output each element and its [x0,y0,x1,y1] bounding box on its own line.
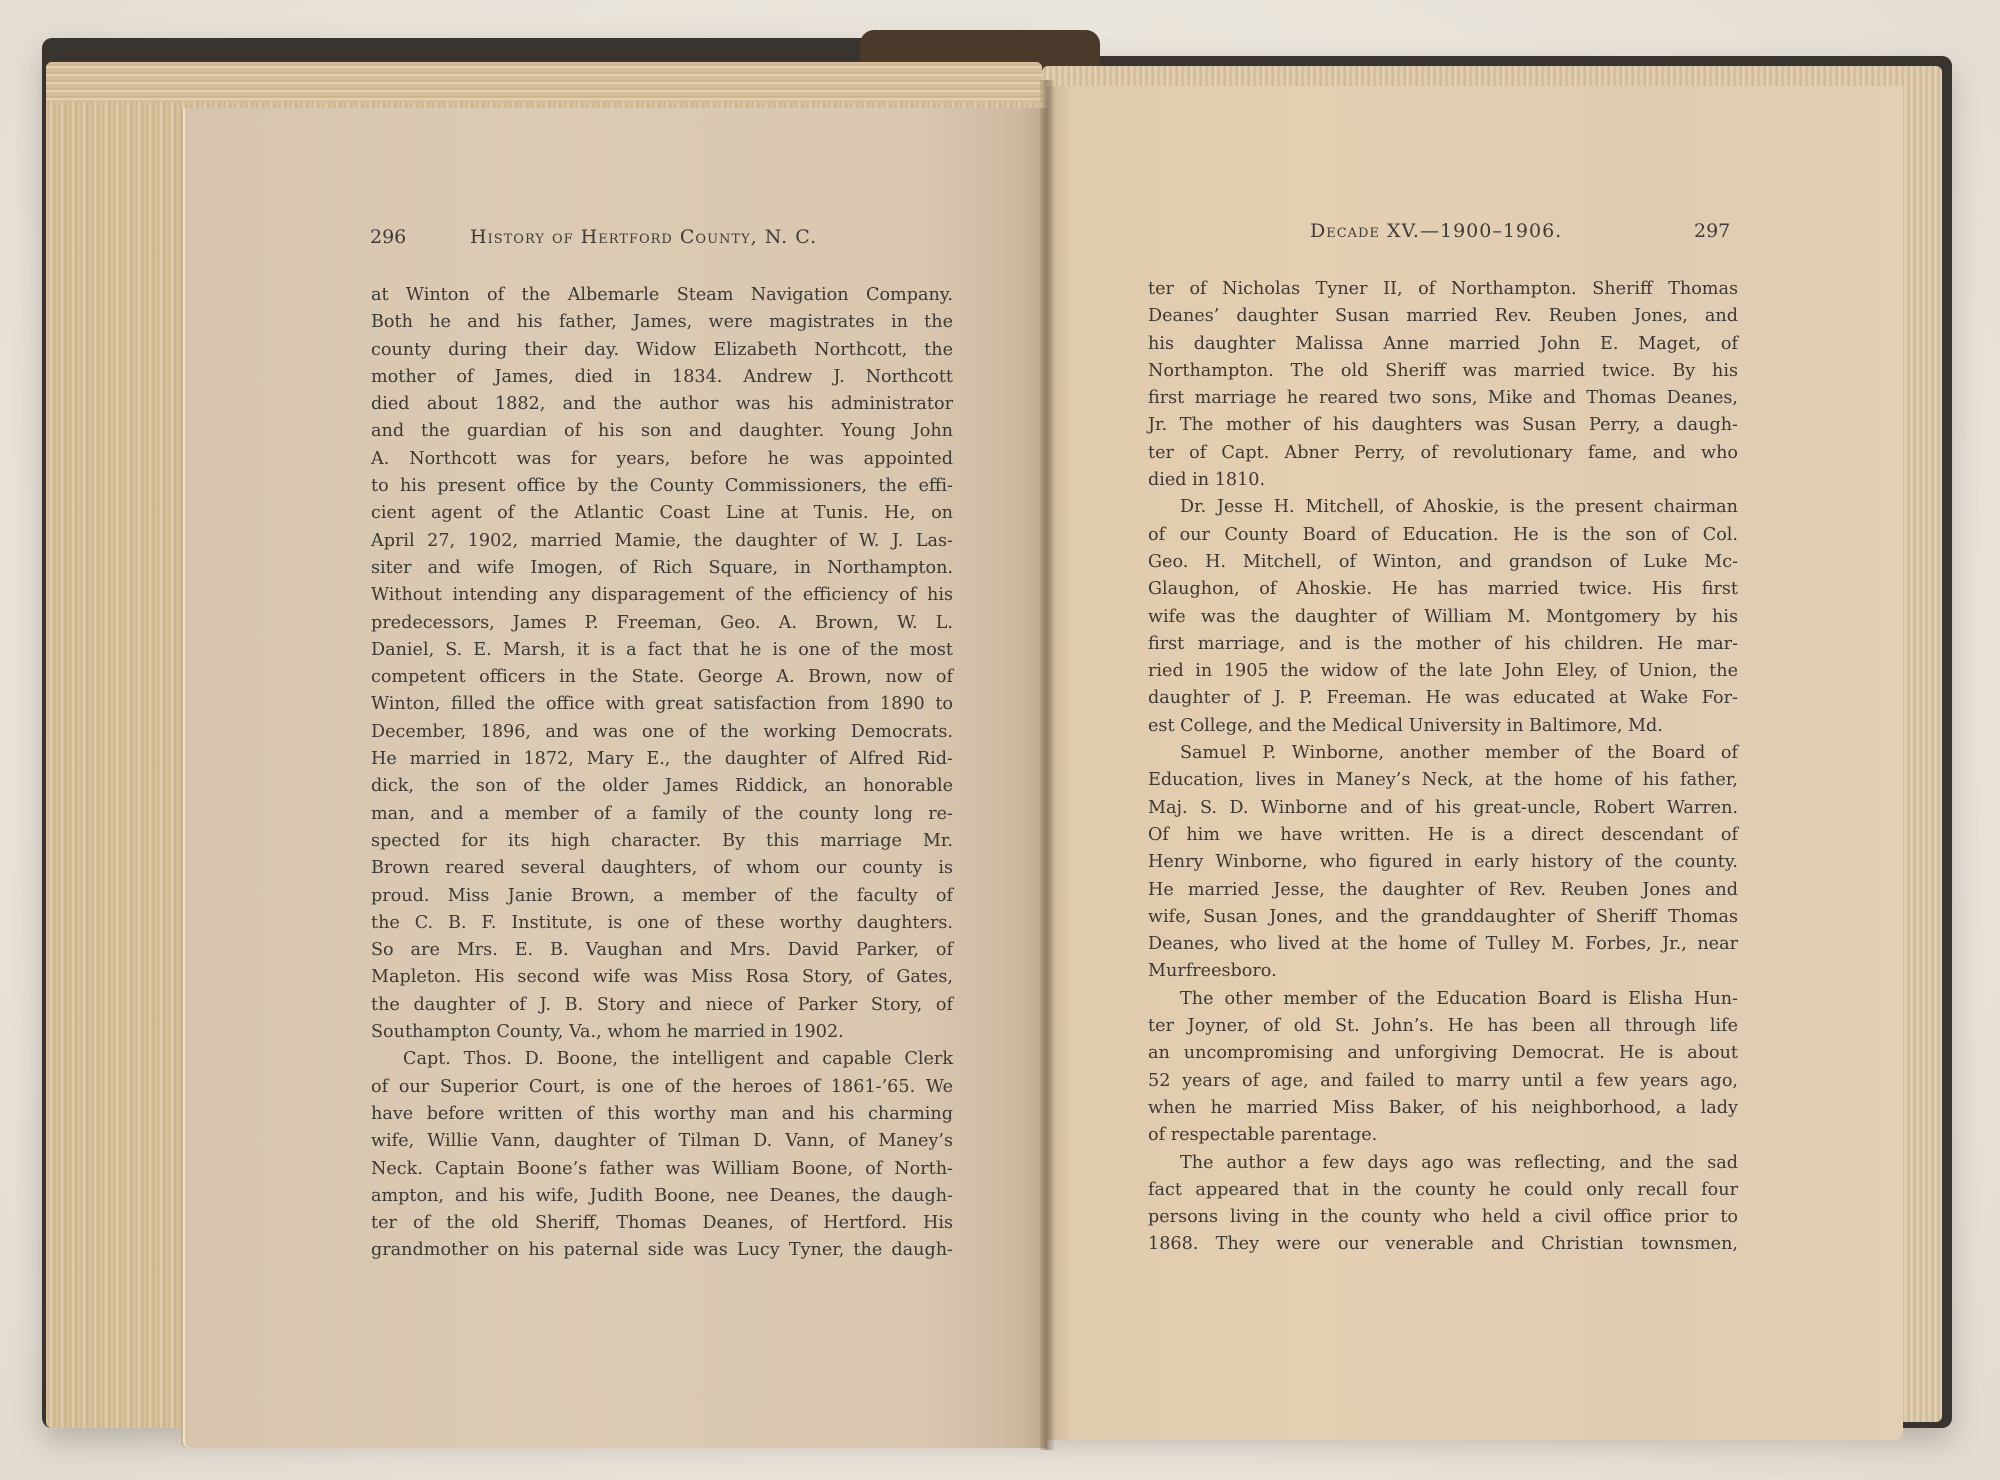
text-line: wife, Susan Jones, and the granddaughter… [1148,904,1738,931]
text-line: The other member of the Education Board … [1148,986,1738,1013]
text-line: The author a few days ago was reflecting… [1148,1150,1738,1177]
text-line: when he married Miss Baker, of his neigh… [1148,1095,1738,1122]
text-line: Henry Winborne, who figured in early his… [1148,849,1738,876]
text-line: ried in 1905 the widow of the late John … [1148,658,1738,685]
text-line: Deanes’ daughter Susan married Rev. Reub… [1148,303,1738,330]
text-line: ter of Capt. Abner Perry, of revolutiona… [1148,440,1738,467]
text-line: Samuel P. Winborne, another member of th… [1148,740,1738,767]
text-line: Jr. The mother of his daughters was Susa… [1148,412,1738,439]
text-line: ter Joyner, of old St. John’s. He has be… [1148,1013,1738,1040]
left-running-head: History of Hertford County, N. C. [470,226,817,248]
text-line: grandmother on his paternal side was Luc… [371,1237,953,1264]
text-line: the daughter of J. B. Story and niece of… [371,992,953,1019]
text-line: He married in 1872, Mary E., the daughte… [371,746,953,773]
text-line: ampton, and his wife, Judith Boone, nee … [371,1183,953,1210]
text-line: Education, lives in Maney’s Neck, at the… [1148,767,1738,794]
text-line: the C. B. F. Institute, is one of these … [371,910,953,937]
text-line: competent officers in the State. George … [371,664,953,691]
text-line: man, and a member of a family of the cou… [371,801,953,828]
text-line: est College, and the Medical University … [1148,713,1738,740]
text-line: Without intending any disparagement of t… [371,582,953,609]
text-line: ter of the old Sheriff, Thomas Deanes, o… [371,1210,953,1237]
text-line: siter and wife Imogen, of Rich Square, i… [371,555,953,582]
text-line: December, 1896, and was one of the worki… [371,719,953,746]
text-line: first marriage he reared two sons, Mike … [1148,385,1738,412]
text-line: spected for its high character. By this … [371,828,953,855]
text-line: wife, Willie Vann, daughter of Tilman D.… [371,1128,953,1155]
text-line: county during their day. Widow Elizabeth… [371,337,953,364]
right-page-body-text: ter of Nicholas Tyner II, of Northampton… [1148,276,1738,1259]
text-line: Dr. Jesse H. Mitchell, of Ahoskie, is th… [1148,494,1738,521]
text-line: to his present office by the County Comm… [371,473,953,500]
text-line: Mapleton. His second wife was Miss Rosa … [371,964,953,991]
text-line: Capt. Thos. D. Boone, the intelligent an… [371,1046,953,1073]
text-line: proud. Miss Janie Brown, a member of the… [371,883,953,910]
text-line: an uncompromising and unforgiving Democr… [1148,1040,1738,1067]
left-page-number: 296 [370,226,406,248]
text-line: his daughter Malissa Anne married John E… [1148,331,1738,358]
left-running-head-text: History of Hertford County, N. C. [470,226,817,248]
text-line: Both he and his father, James, were magi… [371,309,953,336]
text-line: 52 years of age, and failed to marry unt… [1148,1068,1738,1095]
text-line: mother of James, died in 1834. Andrew J.… [371,364,953,391]
text-line: A. Northcott was for years, before he wa… [371,446,953,473]
text-line: of respectable parentage. [1148,1122,1738,1149]
page-stack-left-top-edges [46,62,1042,102]
text-line: Neck. Captain Boone’s father was William… [371,1156,953,1183]
text-line: He married Jesse, the daughter of Rev. R… [1148,877,1738,904]
text-line: daughter of J. P. Freeman. He was educat… [1148,685,1738,712]
text-line: of our Superior Court, is one of the her… [371,1074,953,1101]
text-line: Murfreesboro. [1148,958,1738,985]
text-line: Deanes, who lived at the home of Tulley … [1148,931,1738,958]
text-line: and the guardian of his son and daughter… [371,418,953,445]
text-line: at Winton of the Albemarle Steam Navigat… [371,282,953,309]
text-line: died in 1810. [1148,467,1738,494]
right-running-head: Decade XV.—1900–1906. [1310,220,1562,242]
book-gutter [1040,80,1054,1450]
text-line: Of him we have written. He is a direct d… [1148,822,1738,849]
right-page-number: 297 [1694,220,1730,242]
text-line: Southampton County, Va., whom he married… [371,1019,953,1046]
text-line: dick, the son of the older James Riddick… [371,773,953,800]
text-line: Daniel, S. E. Marsh, it is a fact that h… [371,637,953,664]
text-line: died about 1882, and the author was his … [371,391,953,418]
text-line: So are Mrs. E. B. Vaughan and Mrs. David… [371,937,953,964]
text-line: of our County Board of Education. He is … [1148,522,1738,549]
text-line: Winton, filled the office with great sat… [371,691,953,718]
text-line: fact appeared that in the county he coul… [1148,1177,1738,1204]
text-line: Maj. S. D. Winborne and of his great-unc… [1148,795,1738,822]
text-line: 1868. They were our venerable and Christ… [1148,1231,1738,1258]
left-page-body-text: at Winton of the Albemarle Steam Navigat… [371,282,953,1265]
text-line: first marriage, and is the mother of his… [1148,631,1738,658]
text-line: cient agent of the Atlantic Coast Line a… [371,500,953,527]
text-line: wife was the daughter of William M. Mont… [1148,604,1738,631]
text-line: Geo. H. Mitchell, of Winton, and grandso… [1148,549,1738,576]
text-line: predecessors, James P. Freeman, Geo. A. … [371,610,953,637]
text-line: persons living in the county who held a … [1148,1204,1738,1231]
text-line: Brown reared several daughters, of whom … [371,855,953,882]
text-line: Glaughon, of Ahoskie. He has married twi… [1148,576,1738,603]
text-line: April 27, 1902, married Mamie, the daugh… [371,528,953,555]
text-line: ter of Nicholas Tyner II, of Northampton… [1148,276,1738,303]
text-line: have before written of this worthy man a… [371,1101,953,1128]
right-running-head-text: Decade XV.—1900–1906. [1310,220,1562,242]
text-line: Northampton. The old Sheriff was married… [1148,358,1738,385]
